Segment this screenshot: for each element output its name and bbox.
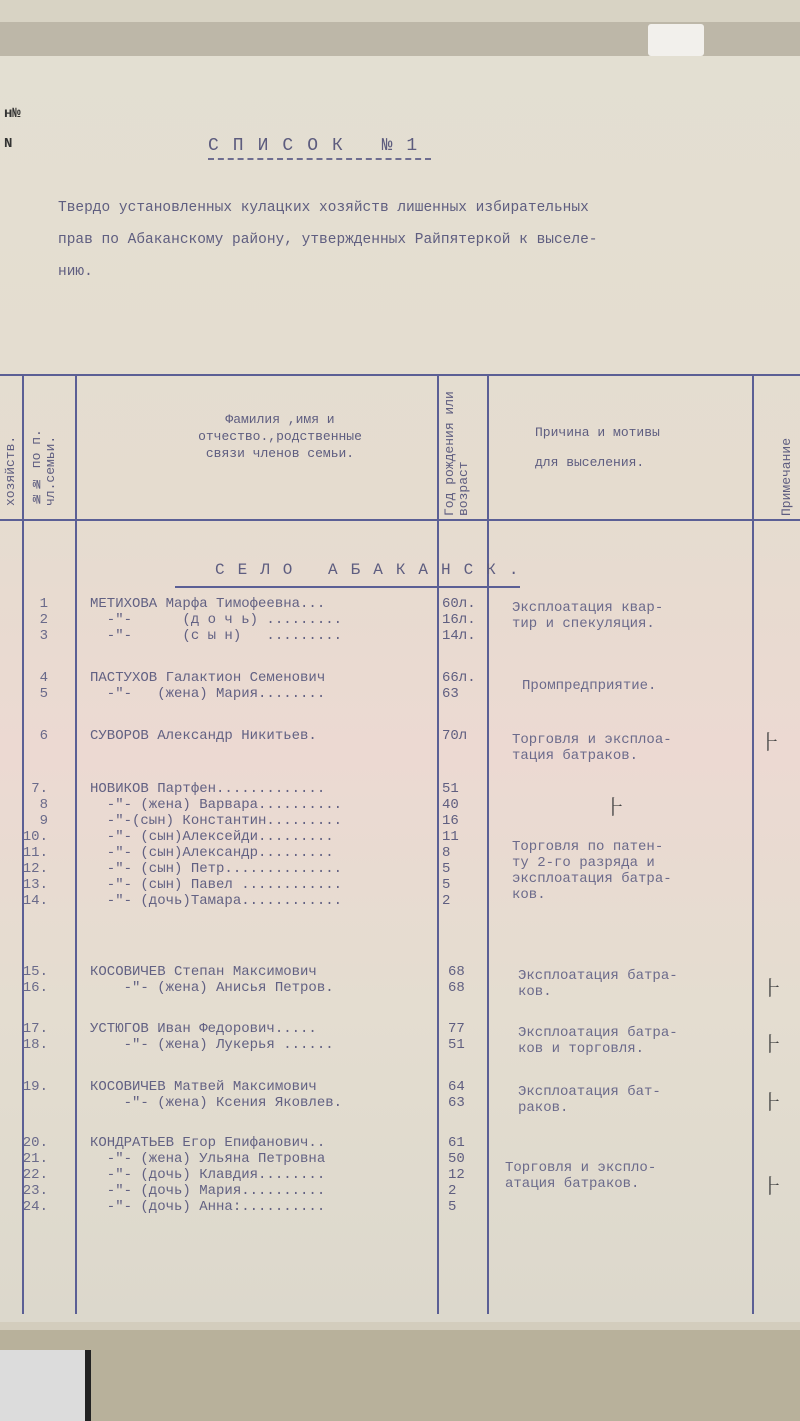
background-object: [0, 1350, 91, 1421]
member-name: -"- (дочь) Клавдия........: [90, 1167, 325, 1183]
row-number: 7.: [8, 781, 48, 797]
section-heading: СЕЛО АБАКАНСК.: [215, 561, 531, 579]
member-age: 11: [442, 829, 459, 845]
member-name: -"- (жена) Лукерья ......: [90, 1037, 334, 1053]
member-name: КОСОВИЧЕВ Матвей Максимович: [90, 1079, 317, 1095]
row-number: 11.: [8, 845, 48, 861]
member-age: 2: [448, 1183, 456, 1199]
row-number: 1: [8, 596, 48, 612]
handwritten-check-mark: ⺊: [760, 726, 780, 755]
member-age: 68: [448, 964, 465, 980]
intro-line: прав по Абаканскому району, утвержденных…: [58, 224, 798, 256]
row-number: 13.: [8, 877, 48, 893]
member-age: 61: [448, 1135, 465, 1151]
member-name: -"- (дочь) Мария..........: [90, 1183, 325, 1199]
handwritten-check-mark: ⺊: [762, 1028, 782, 1057]
eviction-reason: Торговля и эксплоа- тация батраков.: [512, 732, 672, 764]
member-name: -"- (сын) Петр..............: [90, 861, 342, 877]
member-age: 51: [442, 781, 459, 797]
document-intro: Твердо установленных кулацких хозяйств л…: [58, 192, 798, 288]
member-age: 66л.: [442, 670, 476, 686]
table-header-rule: [0, 519, 800, 521]
member-age: 8: [442, 845, 450, 861]
eviction-reason: Эксплоатация квар- тир и спекуляция.: [512, 600, 663, 632]
member-name: -"- (дочь)Тамара............: [90, 893, 342, 909]
eviction-reason: Торговля по патен- ту 2-го разряда и экс…: [512, 839, 672, 903]
member-name: -"- (сын) Павел ............: [90, 877, 342, 893]
header-name-line: связи членов семьи.: [145, 445, 415, 462]
header-birth-year: Год рождения или возраст: [443, 381, 483, 516]
member-name: -"-(сын) Константин.........: [90, 813, 342, 829]
column-divider: [75, 374, 77, 1314]
member-name: -"- (жена) Анисья Петров.: [90, 980, 334, 996]
archival-document-page: н№ N СПИСОК №1 Твердо установленных кула…: [0, 56, 800, 1324]
member-age: 5: [442, 877, 450, 893]
header-name-line: отчество.,родственные: [145, 428, 415, 445]
row-number: 2: [8, 612, 48, 628]
member-age: 77: [448, 1021, 465, 1037]
eviction-reason: Промпредприятие.: [522, 678, 656, 694]
row-number: 19.: [8, 1079, 48, 1095]
member-name: -"- (дочь) Анна:..........: [90, 1199, 325, 1215]
tape-tab: [648, 24, 704, 56]
member-age: 63: [448, 1095, 465, 1111]
member-name: -"- (с ы н) .........: [90, 628, 342, 644]
intro-line: Твердо установленных кулацких хозяйств л…: [58, 192, 798, 224]
header-reason-line: для выселения.: [535, 448, 660, 478]
member-age: 60л.: [442, 596, 476, 612]
member-age: 50: [448, 1151, 465, 1167]
member-name: -"- (жена) Мария........: [90, 686, 325, 702]
handwritten-check-mark: ⺊: [762, 1086, 782, 1115]
member-name: УСТЮГОВ Иван Федорович.....: [90, 1021, 317, 1037]
member-age: 14л.: [442, 628, 476, 644]
table-top-rule: [0, 374, 800, 376]
eviction-reason: Эксплоатация батра- ков и торговля.: [518, 1025, 678, 1057]
member-name: НОВИКОВ Партфен.............: [90, 781, 325, 797]
row-number: 14.: [8, 893, 48, 909]
intro-line: нию.: [58, 256, 798, 288]
row-number: 12.: [8, 861, 48, 877]
eviction-reason: Эксплоатация батра- ков.: [518, 968, 678, 1000]
background-surface-bottom: [0, 1330, 800, 1421]
row-number: 6: [8, 728, 48, 744]
handwritten-check-mark: ⺊: [762, 972, 782, 1001]
member-name: МЕТИХОВА Марфа Тимофеевна...: [90, 596, 325, 612]
margin-mark: н№: [4, 106, 21, 122]
row-number: 23.: [8, 1183, 48, 1199]
member-name: КОСОВИЧЕВ Степан Максимович: [90, 964, 317, 980]
row-number: 17.: [8, 1021, 48, 1037]
member-age: 12: [448, 1167, 465, 1183]
member-name: СУВОРОВ Александр Никитьев.: [90, 728, 317, 744]
row-number: 24.: [8, 1199, 48, 1215]
header-reason-line: Причина и мотивы: [535, 418, 660, 448]
member-name: -"- (жена) Ульяна Петровна: [90, 1151, 325, 1167]
handwritten-check-mark: ⺊: [605, 791, 625, 820]
row-number: 15.: [8, 964, 48, 980]
member-name: -"- (сын)Александр.........: [90, 845, 334, 861]
column-divider: [487, 374, 489, 1314]
member-age: 16л.: [442, 612, 476, 628]
member-age: 16: [442, 813, 459, 829]
row-number: 5: [8, 686, 48, 702]
member-age: 68: [448, 980, 465, 996]
member-age: 64: [448, 1079, 465, 1095]
member-age: 40: [442, 797, 459, 813]
header-name: Фамилия ,имя и отчество.,родственные свя…: [145, 411, 415, 462]
member-name: -"- (жена) Варвара..........: [90, 797, 342, 813]
member-age: 5: [442, 861, 450, 877]
handwritten-check-mark: ⺊: [762, 1170, 782, 1199]
member-age: 70л: [442, 728, 467, 744]
member-name: ПАСТУХОВ Галактион Семенович: [90, 670, 325, 686]
section-underline: [175, 586, 520, 588]
row-number: 10.: [8, 829, 48, 845]
column-divider: [752, 374, 754, 1314]
member-age: 51: [448, 1037, 465, 1053]
margin-mark: N: [4, 136, 12, 152]
header-notes: Примечание: [780, 386, 794, 516]
member-age: 2: [442, 893, 450, 909]
header-reason: Причина и мотивы для выселения.: [535, 418, 660, 478]
row-number: 3: [8, 628, 48, 644]
member-age: 5: [448, 1199, 456, 1215]
column-divider: [437, 374, 439, 1314]
document-title: СПИСОК №1: [208, 136, 431, 160]
member-name: -"- (жена) Ксения Яковлев.: [90, 1095, 342, 1111]
row-number: 20.: [8, 1135, 48, 1151]
row-number: 9: [8, 813, 48, 829]
eviction-reason: Эксплоатация бат- раков.: [518, 1084, 661, 1116]
header-member-no: №№ по п. чл.семьи.: [30, 386, 70, 506]
member-name: КОНДРАТЬЕВ Егор Епифанович..: [90, 1135, 325, 1151]
row-number: 4: [8, 670, 48, 686]
row-number: 21.: [8, 1151, 48, 1167]
member-name: -"- (д о ч ь) .........: [90, 612, 342, 628]
header-name-line: Фамилия ,имя и: [145, 411, 415, 428]
header-household: хозяйств.: [4, 386, 18, 506]
member-name: -"- (сын)Алексейди.........: [90, 829, 334, 845]
row-number: 8: [8, 797, 48, 813]
row-number: 16.: [8, 980, 48, 996]
eviction-reason: Торговля и экспло- атация батраков.: [505, 1160, 656, 1192]
row-number: 22.: [8, 1167, 48, 1183]
member-age: 63: [442, 686, 459, 702]
row-number: 18.: [8, 1037, 48, 1053]
